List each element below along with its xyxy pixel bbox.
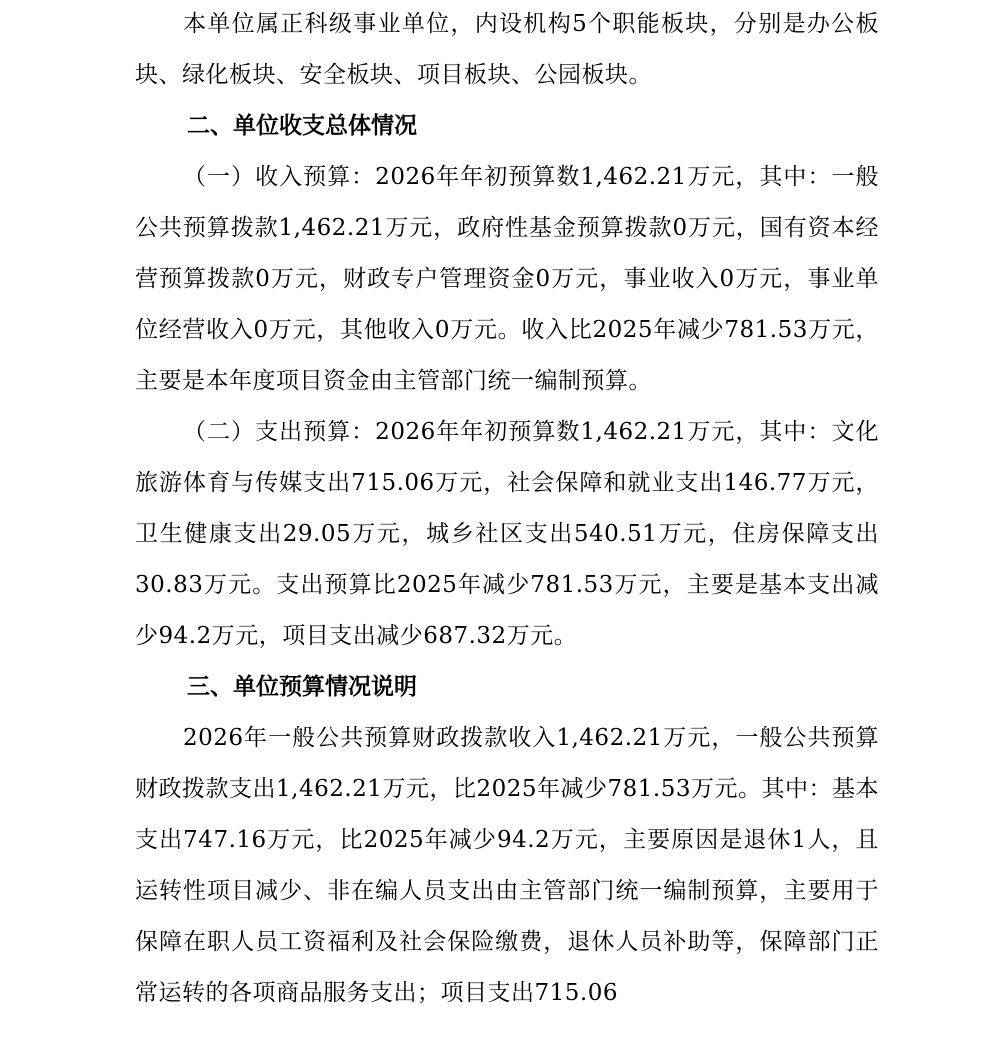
document-page: 本单位属正科级事业单位，内设机构5个职能板块，分别是办公板块、绿化板块、安全板块… [135, 0, 879, 1019]
section-heading-income-expenditure-overview: 二、单位收支总体情况 [135, 101, 879, 152]
intro-paragraph: 本单位属正科级事业单位，内设机构5个职能板块，分别是办公板块、绿化板块、安全板块… [135, 0, 879, 101]
budget-explanation-paragraph: 2026年一般公共预算财政拨款收入1,462.21万元，一般公共预算财政拨款支出… [135, 713, 879, 1019]
expenditure-budget-paragraph: （二）支出预算：2026年年初预算数1,462.21万元，其中：文化旅游体育与传… [135, 407, 879, 662]
section-heading-budget-explanation: 三、单位预算情况说明 [135, 662, 879, 713]
income-budget-paragraph: （一）收入预算：2026年年初预算数1,462.21万元，其中：一般公共预算拨款… [135, 152, 879, 407]
